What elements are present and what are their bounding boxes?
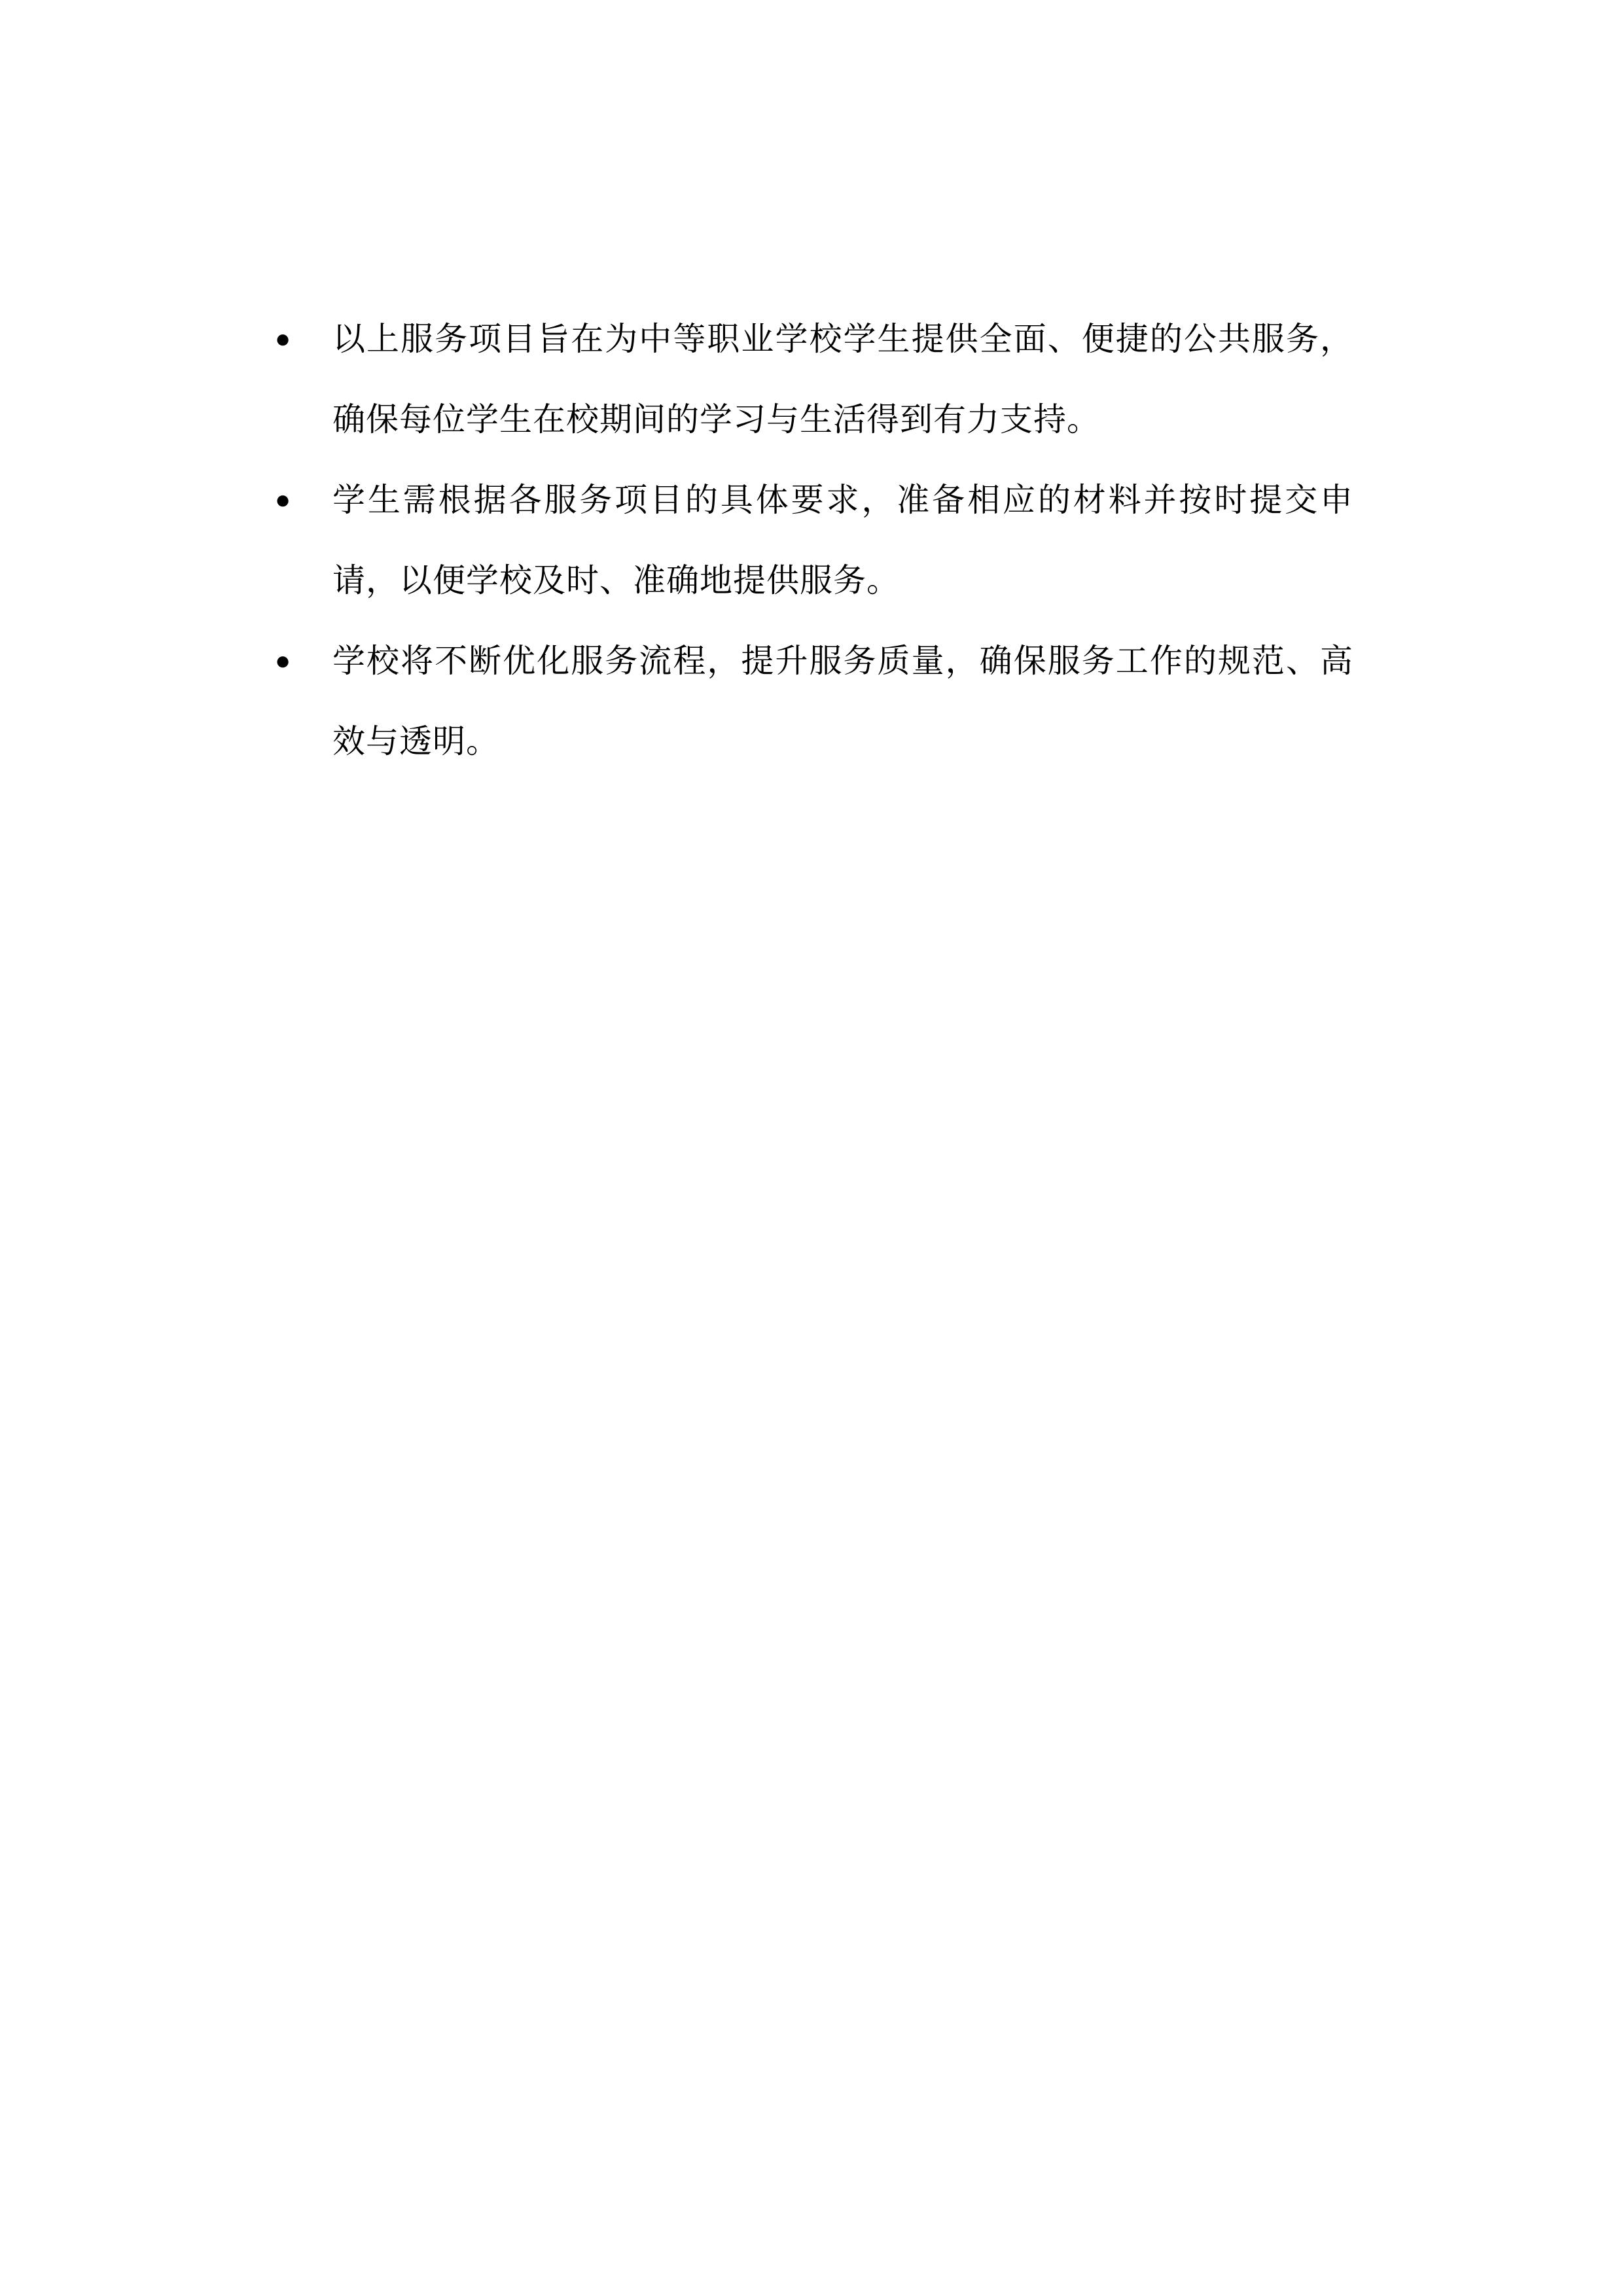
list-item-text: 学校将不断优化服务流程，提升服务质量，确保服务工作的规范、高效与透明。 (332, 643, 1353, 760)
bullet-list: ● 以上服务项目旨在为中等职业学校学生提供全面、便捷的公共服务，确保每位学生在校… (275, 299, 1353, 782)
list-item-text: 学生需根据各服务项目的具体要求，准备相应的材料并按时提交申请，以便学校及时、准确… (332, 482, 1353, 599)
bullet-icon: ● (275, 299, 301, 380)
document-page: ● 以上服务项目旨在为中等职业学校学生提供全面、便捷的公共服务，确保每位学生在校… (0, 0, 1623, 2296)
list-item: ● 学校将不断优化服务流程，提升服务质量，确保服务工作的规范、高效与透明。 (275, 621, 1353, 782)
list-item: ● 学生需根据各服务项目的具体要求，准备相应的材料并按时提交申请，以便学校及时、… (275, 460, 1353, 621)
bullet-icon: ● (275, 460, 301, 540)
list-item-text: 以上服务项目旨在为中等职业学校学生提供全面、便捷的公共服务，确保每位学生在校期间… (332, 321, 1353, 438)
list-item: ● 以上服务项目旨在为中等职业学校学生提供全面、便捷的公共服务，确保每位学生在校… (275, 299, 1353, 460)
bullet-icon: ● (275, 621, 301, 701)
